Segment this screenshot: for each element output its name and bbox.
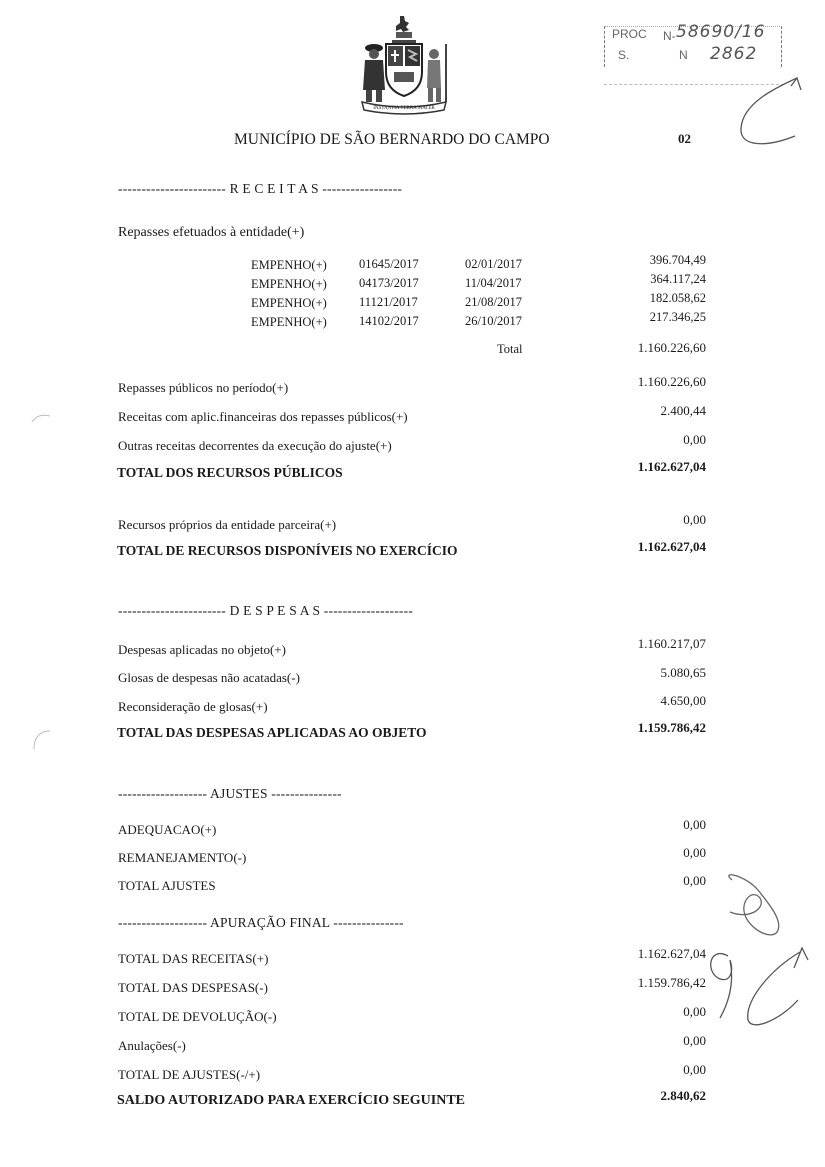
saldo-label: SALDO AUTORIZADO PARA EXERCÍCIO SEGUINTE [117,1093,465,1109]
empenho-number: 11121/2017 [359,295,418,310]
saldo-value: 2.840,62 [661,1088,707,1104]
total-despesas-label: TOTAL DAS DESPESAS APLICADAS AO OBJETO [117,725,426,741]
empenho-date: 26/10/2017 [465,314,522,329]
empenho-type: EMPENHO(+) [251,277,327,292]
item-label: ADEQUACAO(+) [118,822,216,838]
stamp-n-label: N- [663,29,676,43]
empenho-date: 11/04/2017 [465,276,521,291]
empenhos-total-label: Total [497,342,523,357]
total-recursos-publicos-value: 1.162.627,04 [638,459,706,475]
item-label: TOTAL DAS RECEITAS(+) [118,951,268,967]
item-value: 1.160.226,60 [638,374,706,390]
page-number: 02 [678,131,691,147]
item-value: 0,00 [683,817,706,833]
stamp-n2-label: N [679,48,688,62]
empenho-type: EMPENHO(+) [251,258,327,273]
item-label: Glosas de despesas não acatadas(-) [118,670,300,686]
stamp-process-number: 58690/16 [676,22,765,42]
recursos-proprios-label: Recursos próprios da entidade parceira(+… [118,517,336,533]
item-label: Reconsideração de glosas(+) [118,699,268,715]
coat-of-arms-icon: INSTANTIA TERRA MATER [352,14,456,118]
empenho-type: EMPENHO(+) [251,296,327,311]
item-label: REMANEJAMENTO(-) [118,850,246,866]
total-disponiveis-label: TOTAL DE RECURSOS DISPONÍVEIS NO EXERCÍC… [117,543,457,559]
section-heading-receitas: ----------------------- R E C E I T A S … [118,181,402,197]
total-recursos-publicos-label: TOTAL DOS RECURSOS PÚBLICOS [117,465,343,481]
handwritten-initials-icon [690,860,825,1040]
item-value: 2.400,44 [661,403,707,419]
stamp-sheet-number: 2862 [710,44,757,64]
empenho-date: 02/01/2017 [465,257,522,272]
total-disponiveis-value: 1.162.627,04 [638,539,706,555]
item-label: TOTAL DE DEVOLUÇÃO(-) [118,1009,277,1025]
item-value: 1.160.217,07 [638,636,706,652]
item-value: 0,00 [683,845,706,861]
recursos-proprios-value: 0,00 [683,512,706,528]
empenho-type: EMPENHO(+) [251,315,327,330]
total-despesas-value: 1.159.786,42 [638,720,706,736]
item-value: 0,00 [683,1062,706,1078]
stamp-s-label: S. [618,48,629,62]
margin-mark-icon [30,725,60,755]
section-heading-apuracao: ------------------- APURAÇÃO FINAL -----… [118,915,404,931]
item-value: 4.650,00 [661,693,707,709]
item-label: Receitas com aplic.financeiras dos repas… [118,409,408,425]
item-label: TOTAL AJUSTES [118,878,216,894]
item-label: Outras receitas decorrentes da execução … [118,438,392,454]
municipality-title: MUNICÍPIO DE SÃO BERNARDO DO CAMPO [234,131,550,149]
empenho-date: 21/08/2017 [465,295,522,310]
empenho-value: 217.346,25 [650,310,706,325]
empenho-number: 01645/2017 [359,257,419,272]
repasses-label: Repasses efetuados à entidade(+) [118,225,304,241]
empenho-value: 364.117,24 [650,272,706,287]
item-label: Despesas aplicadas no objeto(+) [118,642,286,658]
crest-motto: INSTANTIA TERRA MATER [373,106,435,111]
empenho-value: 396.704,49 [650,253,706,268]
stamp-proc-label: PROC [612,27,647,41]
item-value: 0,00 [683,432,706,448]
margin-mark-icon [28,410,58,430]
section-heading-despesas: ----------------------- D E S P E S A S … [118,603,413,619]
item-label: TOTAL DAS DESPESAS(-) [118,980,268,996]
item-value: 5.080,65 [661,665,707,681]
empenho-value: 182.058,62 [650,291,706,306]
empenho-number: 14102/2017 [359,314,419,329]
item-label: Anulações(-) [118,1038,186,1054]
signature-mark-icon [735,74,805,154]
empenhos-total-value: 1.160.226,60 [638,340,706,356]
item-label: TOTAL DE AJUSTES(-/+) [118,1067,260,1083]
item-label: Repasses públicos no período(+) [118,380,288,396]
section-heading-ajustes: ------------------- AJUSTES ------------… [118,786,342,802]
empenho-number: 04173/2017 [359,276,419,291]
